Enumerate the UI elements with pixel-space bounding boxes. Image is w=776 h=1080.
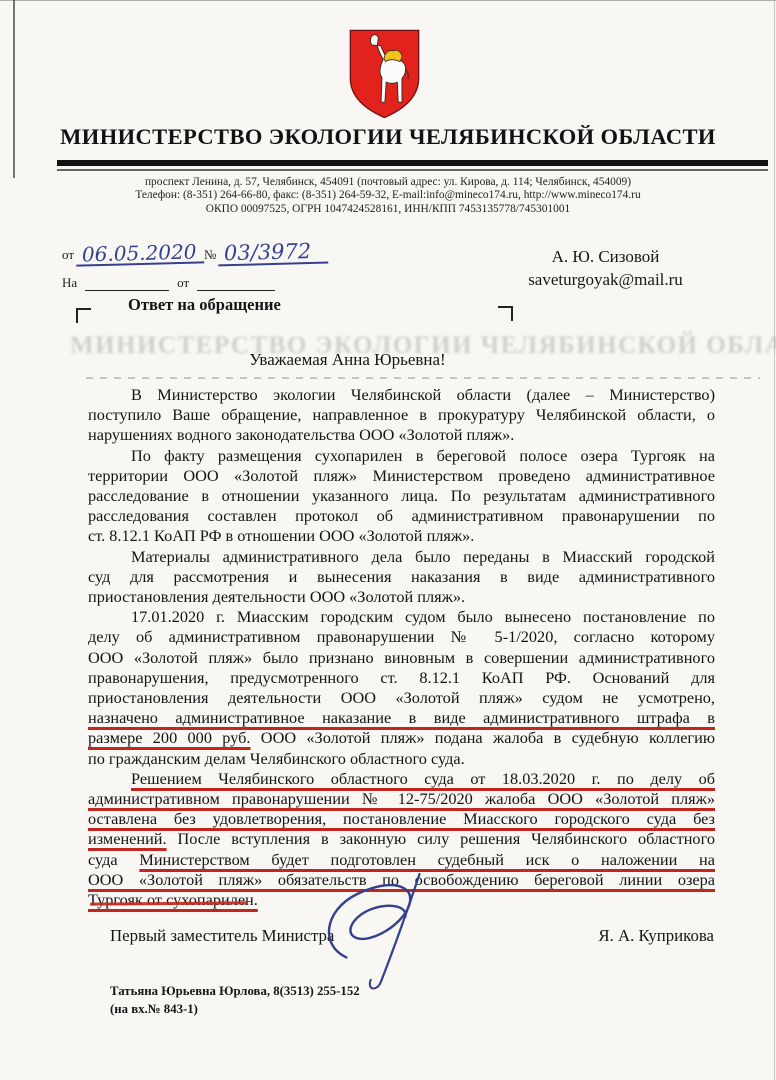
body-text-segment: После вступления в законную силу решения… [167,829,715,848]
executor-block: Татьяна Юрьевна Юрлова, 8(3513) 255-152 … [110,983,360,1018]
body-line: оставлена без удовлетворения, постановле… [88,809,715,829]
address-corner-mark-left [76,308,91,323]
recipient-email: saveturgoyak@mail.ru [513,268,698,291]
body-line: расследования составлен протокол об адми… [88,506,715,526]
body-text-segment: территории ООО «Золотой пляж» Министерст… [88,466,715,485]
body-text-segment: делу об административном правонарушении … [88,627,715,646]
number-sign-label: № [204,247,218,265]
body-text-segment: 17.01.2020 г. Миасским городским судом б… [131,607,715,626]
red-underlined-text: изменений. [88,829,167,848]
phone-line: Телефон: (8-351) 264-66-80, факс: (8-351… [0,189,776,202]
body-text-segment: ст. 8.12.1 КоАП РФ в отношении ООО «Золо… [88,526,474,545]
na-label: На [62,275,77,291]
body-text-segment: ООО «Золотой пляж» подана жалоба в судеб… [250,728,715,747]
body-text-segment: расследования составлен протокол об адми… [88,506,715,525]
red-underlined-text: размере 200 000 руб. [88,728,250,747]
body-text-segment: поступило Ваше обращение, направленное в… [88,405,715,424]
body-line: назначено административное наказание в в… [88,708,715,728]
body-line: Решением Челябинского областного суда от… [88,769,715,789]
red-underlined-text: назначено административное наказание в в… [88,708,715,727]
outgoing-number-row: от 06.05.2020 № 03/3972 [62,237,392,265]
body-text-segment: правонарушения, предусмотренного ст. 8.1… [88,668,715,687]
handwritten-date: 06.05.2020 [76,241,205,266]
body-line: нарушениях водного законодательства ООО … [88,425,715,445]
signature-stroke-tail [370,980,381,989]
scan-edge-artifact-top [0,0,776,1]
body-text-segment: нарушениях водного законодательства ООО … [88,425,514,444]
subject-line: Ответ на обращение [128,295,392,315]
header-rule-echo [57,169,768,171]
blank-line [197,276,275,291]
red-underlined-text: административном правонарушении № 12-75/… [88,789,715,808]
body-line: ст. 8.12.1 КоАП РФ в отношении ООО «Золо… [88,526,715,546]
reference-zone: от 06.05.2020 № 03/3972 На от Ответ на о… [62,237,392,315]
body-line: ООО «Золотой пляж» было признано виновны… [88,648,715,668]
coat-of-arms-chelyabinsk [345,27,424,121]
ministry-title: МИНИСТЕРСТВО ЭКОЛОГИИ ЧЕЛЯБИНСКОЙ ОБЛАСТ… [0,124,776,150]
recipient-block: А. Ю. Сизовой saveturgoyak@mail.ru [513,245,698,291]
body-line: изменений. После вступления в законную с… [88,829,715,849]
recipient-name: А. Ю. Сизовой [513,245,698,268]
body-text-segment: суда [88,850,139,869]
header-rule [57,160,768,166]
body-text-segment: ООО «Золотой пляж» было признано виновны… [88,648,715,667]
registry-codes-line: ОКПО 00097525, ОГРН 1047424528161, ИНН/К… [0,203,776,216]
incoming-number-row: На от [62,273,392,291]
red-underlined-text: Решением Челябинского областного суда от… [131,769,715,788]
body-line: приостановления деятельности ООО «Золото… [88,587,715,607]
executor-reference: (на вх.№ 843-1) [110,1001,360,1019]
body-line: территории ООО «Золотой пляж» Министерст… [88,466,715,486]
body-text-segment: Материалы административного дела было пе… [131,547,715,566]
signer-name: Я. А. Куприкова [598,926,714,946]
executor-contact: Татьяна Юрьевна Юрлова, 8(3513) 255-152 [110,983,360,1001]
body-line: суда Министерством будет подготовлен суд… [88,850,715,870]
bleed-through-dotted-line [86,377,760,379]
from-label: от [62,247,76,265]
address-line: проспект Ленина, д. 57, Челябинск, 45409… [0,176,776,189]
body-line: суд для рассмотрения и вынесения наказан… [88,567,715,587]
body-text-segment: приостановления деятельности ООО «Золото… [88,688,715,707]
scan-edge-artifact-left [13,0,15,178]
body-line: По факту размещения сухопарилен в берего… [88,446,715,466]
handwritten-number: 03/3972 [218,241,329,267]
contact-block: проспект Ленина, д. 57, Челябинск, 45409… [0,176,776,216]
address-corner-mark-right [498,306,513,321]
body-line: расследование в отношении указанного лиц… [88,486,715,506]
body-line: 17.01.2020 г. Миасским городским судом б… [88,607,715,627]
body-text-segment: по гражданским делам Челябинского област… [88,749,465,768]
body-line: размере 200 000 руб. ООО «Золотой пляж» … [88,728,715,748]
body-line: Материалы административного дела было пе… [88,547,715,567]
body-text-segment: суд для рассмотрения и вынесения наказан… [88,567,715,586]
red-underlined-text: Министерством будет подготовлен судебный… [139,850,715,869]
body-paragraphs: В Министерство экологии Челябинской обла… [88,385,715,910]
body-line: В Министерство экологии Челябинской обла… [88,385,715,405]
camel-pack [384,50,402,61]
body-line: правонарушения, предусмотренного ст. 8.1… [88,668,715,688]
red-underlined-text: оставлена без удовлетворения, постановле… [88,809,715,828]
body-text-segment: расследование в отношении указанного лиц… [88,486,715,505]
body-text-segment: По факту размещения сухопарилен в берего… [131,446,715,465]
body-line: административном правонарушении № 12-75/… [88,789,715,809]
scanned-letter-page: МИНИСТЕРСТВО ЭКОЛОГИИ ЧЕЛЯБИНСКОЙ ОБЛАСТ… [0,0,776,1080]
scan-edge-artifact-right [774,0,775,1080]
ot-label: от [177,275,189,291]
blank-line [85,276,169,291]
signature-stroke-loop [329,885,410,957]
handwritten-signature [298,870,476,992]
body-line: приостановления деятельности ООО «Золото… [88,688,715,708]
body-line: поступило Ваше обращение, направленное в… [88,405,715,425]
greeting-line: Уважаемая Анна Юрьевна! [88,350,715,370]
body-text-segment: В Министерство экологии Челябинской обла… [131,385,715,404]
body-text-segment: приостановления деятельности ООО «Золото… [88,587,465,606]
body-line: по гражданским делам Челябинского област… [88,749,715,769]
signature-stroke-diagonal [381,874,420,982]
body-line: делу об административном правонарушении … [88,627,715,647]
red-underlined-text: Тургояк от сухопарилен. [88,890,258,909]
